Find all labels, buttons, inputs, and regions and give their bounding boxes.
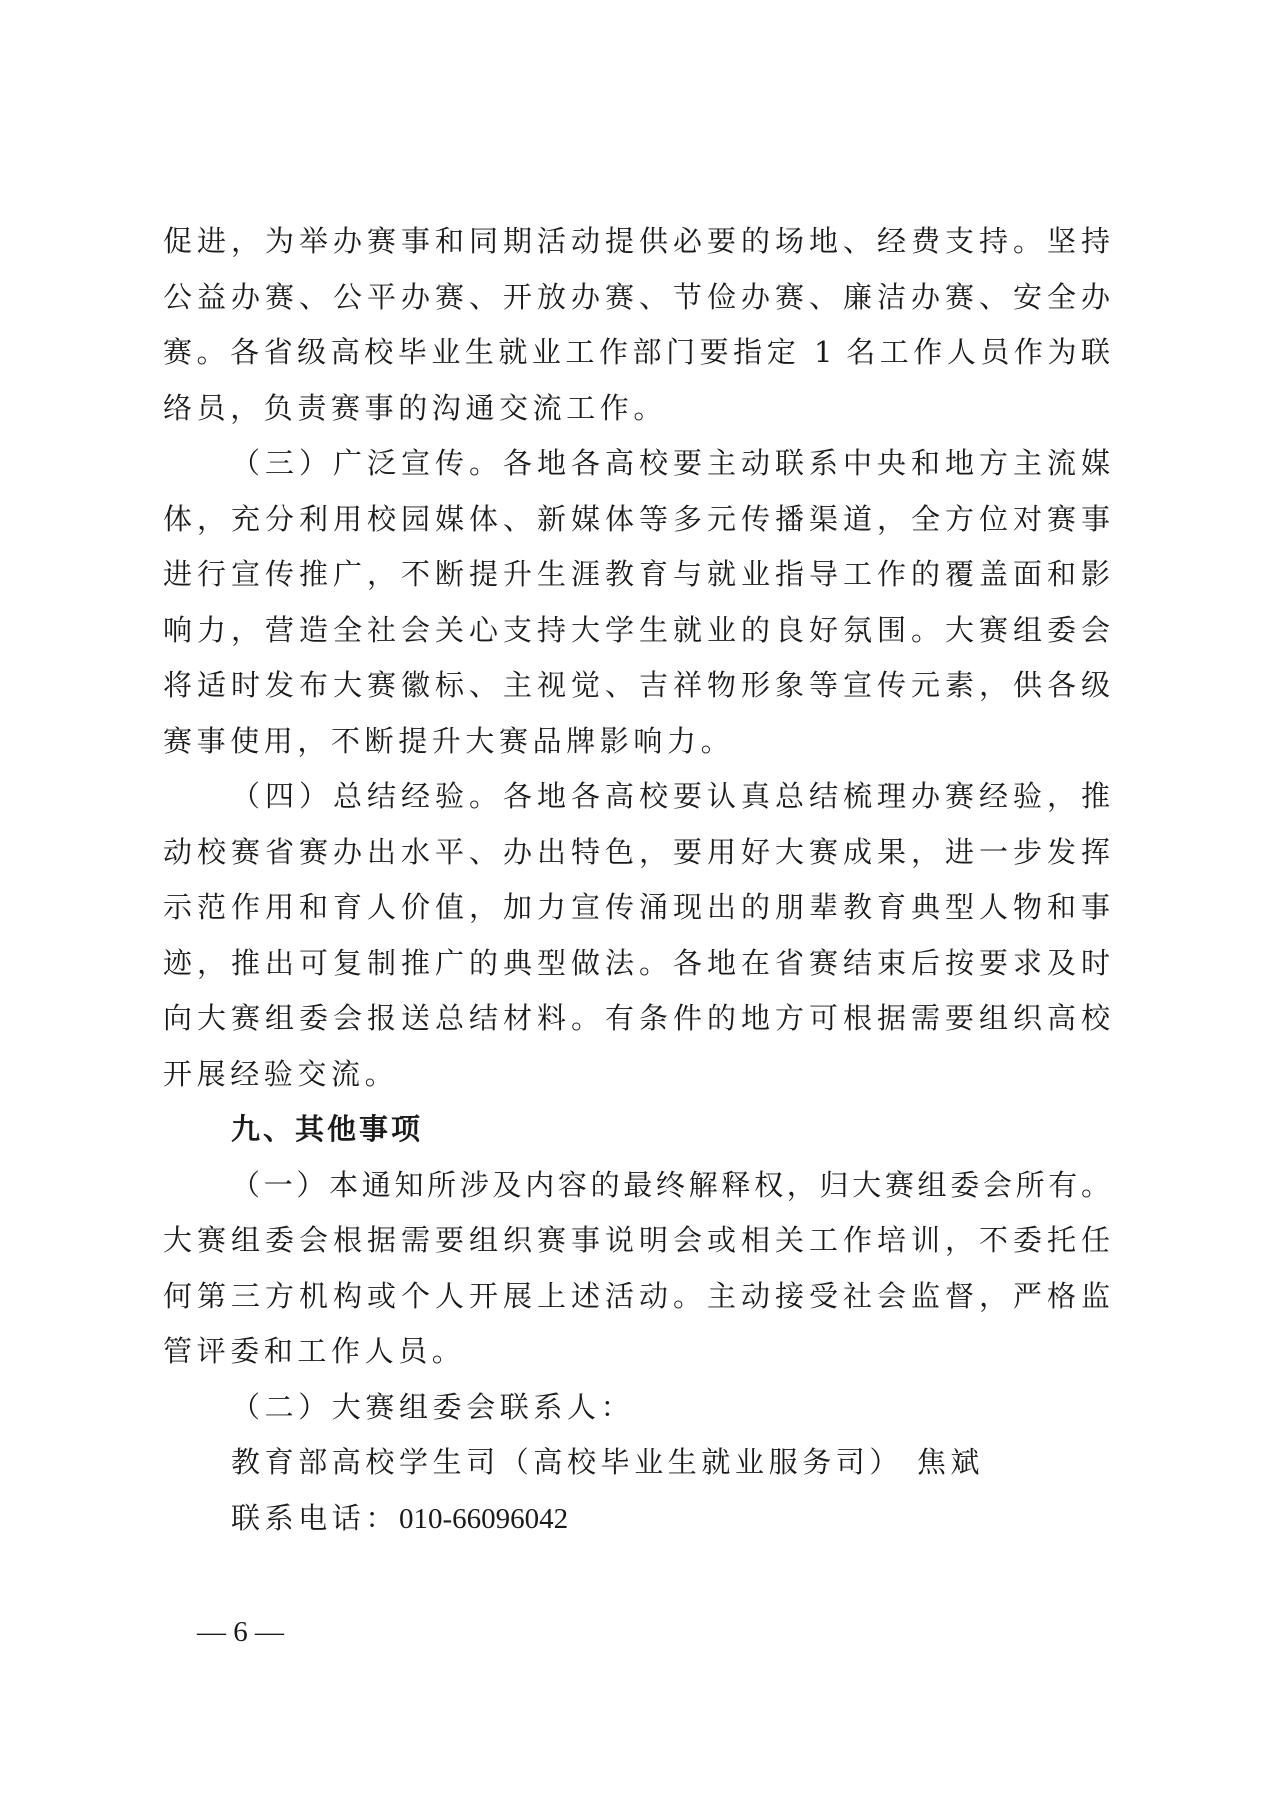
- text-line: 公益办赛、公平办赛、开放办赛、节俭办赛、廉洁办赛、安全办: [163, 270, 1110, 326]
- paragraph-interpretation: （一）本通知所涉及内容的最终解释权，归大赛组委会所有。 大赛组委会根据需要组织赛…: [163, 1158, 1110, 1380]
- text-line: （三）广泛宣传。各地各高校要主动联系中央和地方主流媒: [163, 436, 1110, 492]
- text-line: 进行宣传推广，不断提升生涯教育与就业指导工作的覆盖面和影: [163, 547, 1110, 603]
- contact-org-name: 教育部高校学生司（高校毕业生就业服务司） 焦斌: [163, 1435, 1110, 1491]
- paragraph-summary: （四）总结经验。各地各高校要认真总结梳理办赛经验，推 动校赛省赛办出水平、办出特…: [163, 769, 1110, 1102]
- paragraph-publicity: （三）广泛宣传。各地各高校要主动联系中央和地方主流媒 体，充分利用校园媒体、新媒…: [163, 436, 1110, 769]
- text-line: 将适时发布大赛徽标、主视觉、吉祥物形象等宣传元素，供各级: [163, 658, 1110, 714]
- text-line: 动校赛省赛办出水平、办出特色，要用好大赛成果，进一步发挥: [163, 825, 1110, 881]
- text-line: （四）总结经验。各地各高校要认真总结梳理办赛经验，推: [163, 769, 1110, 825]
- document-page: 促进，为举办赛事和同期活动提供必要的场地、经费支持。坚持 公益办赛、公平办赛、开…: [0, 0, 1280, 1810]
- text-line: 体，充分利用校园媒体、新媒体等多元传播渠道，全方位对赛事: [163, 492, 1110, 548]
- phone-number: 010-66096042: [399, 1503, 568, 1535]
- text-line: 响力，营造全社会关心支持大学生就业的良好氛围。大赛组委会: [163, 603, 1110, 659]
- text-line: 迹，推出可复制推广的典型做法。各地在省赛结束后按要求及时: [163, 936, 1110, 992]
- contact-title: （二）大赛组委会联系人：: [163, 1380, 1110, 1436]
- phone-label: 联系电话：: [231, 1501, 399, 1535]
- page-number: — 6 —: [197, 1614, 284, 1650]
- text-line: 管评委和工作人员。: [163, 1324, 1110, 1380]
- text-line: 大赛组委会根据需要组织赛事说明会或相关工作培训，不委托任: [163, 1213, 1110, 1269]
- document-body: 促进，为举办赛事和同期活动提供必要的场地、经费支持。坚持 公益办赛、公平办赛、开…: [163, 214, 1110, 1546]
- text-line: 示范作用和育人价值，加力宣传涌现出的朋辈教育典型人物和事: [163, 880, 1110, 936]
- text-line: （一）本通知所涉及内容的最终解释权，归大赛组委会所有。: [163, 1158, 1110, 1214]
- contact-section: （二）大赛组委会联系人： 教育部高校学生司（高校毕业生就业服务司） 焦斌 联系电…: [163, 1380, 1110, 1547]
- contact-phone: 联系电话：010-66096042: [163, 1491, 1110, 1547]
- text-line: 络员，负责赛事的沟通交流工作。: [163, 381, 1110, 437]
- text-line: 赛。各省级高校毕业生就业工作部门要指定 1 名工作人员作为联: [163, 325, 1110, 381]
- text-line: 何第三方机构或个人开展上述活动。主动接受社会监督，严格监: [163, 1269, 1110, 1325]
- text-line: 赛事使用，不断提升大赛品牌影响力。: [163, 714, 1110, 770]
- section-heading: 九、其他事项: [163, 1102, 1110, 1158]
- text-line: 开展经验交流。: [163, 1047, 1110, 1103]
- text-line: 向大赛组委会报送总结材料。有条件的地方可根据需要组织高校: [163, 991, 1110, 1047]
- paragraph-continuation: 促进，为举办赛事和同期活动提供必要的场地、经费支持。坚持 公益办赛、公平办赛、开…: [163, 214, 1110, 436]
- text-line: 促进，为举办赛事和同期活动提供必要的场地、经费支持。坚持: [163, 214, 1110, 270]
